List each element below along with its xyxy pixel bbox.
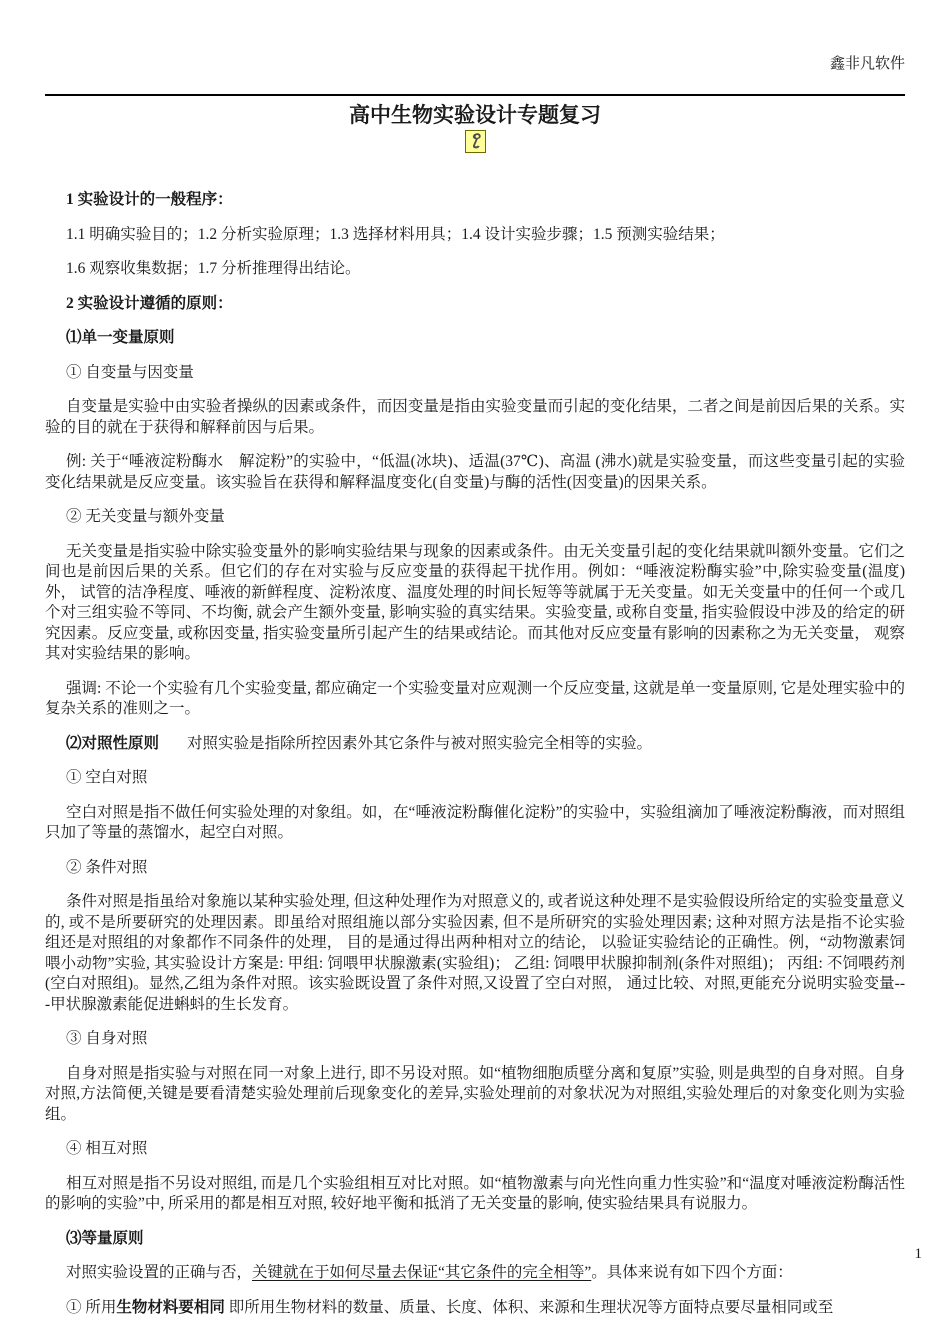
principle-3-intro-post: 。具体来说有如下四个方面： bbox=[591, 1264, 793, 1281]
section-1-heading: 1 实验设计的一般程序： bbox=[45, 190, 905, 211]
principle-1-paragraph-example: 例: 关于“唾液淀粉酶水 解淀粉”的实验中，“低温(冰块)、适温(37℃)、高温… bbox=[45, 452, 905, 493]
document-page: 鑫非凡软件 高中生物实验设计专题复习 1 实验设计的一般程序： 1.1 明确实验… bbox=[0, 0, 950, 1344]
document-body: 1 实验设计的一般程序： 1.1 明确实验目的；1.2 分析实验原理；1.3 选… bbox=[45, 190, 905, 1318]
principle-2-subitem-4: ④ 相互对照 bbox=[45, 1139, 905, 1160]
principle-2-paragraph-mutual-control: 相互对照是指不另设对照组, 而是几个实验组相互对比对照。如“植物激素与向光性向重… bbox=[45, 1174, 905, 1215]
principle-3-intro-pre: 对照实验设置的正确与否， bbox=[66, 1264, 252, 1281]
principle-3-item-1: ① 所用生物材料要相同 即所用生物材料的数量、质量、长度、体积、来源和生理状况等… bbox=[45, 1298, 905, 1319]
page-header-company: 鑫非凡软件 bbox=[45, 54, 905, 74]
principle-3-item-1-post: 即所用生物材料的数量、质量、长度、体积、来源和生理状况等方面特点要尽量相同或至 bbox=[225, 1299, 833, 1316]
page-number: 1 bbox=[915, 1244, 923, 1265]
principle-2-paragraph-condition-control: 条件对照是指虽给对象施以某种实验处理, 但这种处理作为对照意义的, 或者说这种处… bbox=[45, 892, 905, 1015]
principle-1-paragraph-irrelevant-variables: 无关变量是指实验中除实验变量外的影响实验结果与现象的因素或条件。由无关变量引起的… bbox=[45, 542, 905, 665]
principle-3-item-1-bold: 生物材料要相同 bbox=[116, 1299, 225, 1316]
principle-1-paragraph-emphasis: 强调: 不论一个实验有几个实验变量, 都应确定一个实验变量对应观测一个反应变量,… bbox=[45, 679, 905, 720]
principle-2-paragraph-blank-control: 空白对照是指不做任何实验处理的对象组。如，在“唾液淀粉酶催化淀粉”的实验中，实验… bbox=[45, 803, 905, 844]
principle-2-subitem-3: ③ 自身对照 bbox=[45, 1029, 905, 1050]
section-2-heading: 2 实验设计遵循的原则： bbox=[45, 294, 905, 315]
principle-1-subitem-2: ② 无关变量与额外变量 bbox=[45, 507, 905, 528]
principle-3-item-1-pre: ① 所用 bbox=[66, 1299, 116, 1316]
principle-2-subitem-2: ② 条件对照 bbox=[45, 858, 905, 879]
principle-3-paragraph-intro: 对照实验设置的正确与否，关键就在于如何尽量去保证“其它条件的完全相等”。具体来说… bbox=[45, 1263, 905, 1284]
principle-2-subitem-1: ① 空白对照 bbox=[45, 768, 905, 789]
title-icon-row bbox=[0, 130, 950, 156]
principle-1-subitem-1: ① 自变量与因变量 bbox=[45, 363, 905, 384]
principle-3-heading: ⑶等量原则 bbox=[45, 1229, 905, 1250]
principle-2-heading: ⑵对照性原则对照实验是指除所控因素外其它条件与被对照实验完全相等的实验。 bbox=[45, 734, 905, 755]
header-divider bbox=[45, 94, 905, 96]
section-1-steps-line-1: 1.1 明确实验目的；1.2 分析实验原理；1.3 选择材料用具；1.4 设计实… bbox=[45, 225, 905, 246]
principle-2-heading-label: ⑵对照性原则 bbox=[66, 735, 159, 752]
principle-1-paragraph-1: 自变量是实验中由实验者操纵的因素或条件，而因变量是指由实验变量而引起的变化结果，… bbox=[45, 397, 905, 438]
embedded-object-icon bbox=[465, 130, 486, 160]
principle-2-heading-definition: 对照实验是指除所控因素外其它条件与被对照实验完全相等的实验。 bbox=[159, 735, 652, 752]
page-title: 高中生物实验设计专题复习 bbox=[0, 102, 950, 128]
section-1-steps-line-2: 1.6 观察收集数据；1.7 分析推理得出结论。 bbox=[45, 259, 905, 280]
principle-1-heading: ⑴单一变量原则 bbox=[45, 328, 905, 349]
principle-3-intro-underlined: 关键就在于如何尽量去保证“其它条件的完全相等” bbox=[252, 1264, 591, 1281]
principle-2-paragraph-self-control: 自身对照是指实验与对照在同一对象上进行, 即不另设对照。如“植物细胞质壁分离和复… bbox=[45, 1064, 905, 1126]
